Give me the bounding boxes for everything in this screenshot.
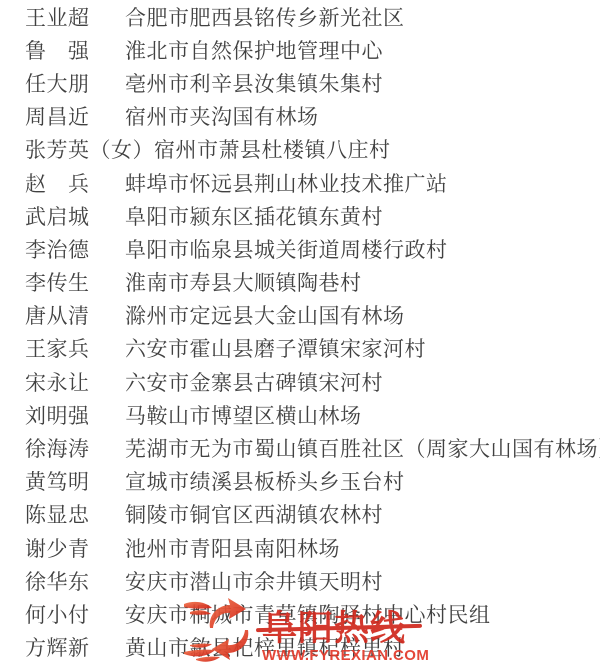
table-row: 李传生淮南市寿县大顺镇陶巷村 (0, 266, 600, 299)
person-affiliation: 蚌埠市怀远县荆山林业技术推广站 (125, 168, 448, 198)
person-name: 李治德 (25, 234, 125, 264)
table-row: 张芳英（女）宿州市萧县杜楼镇八庄村 (0, 133, 600, 166)
person-name: 武启城 (25, 201, 125, 231)
person-affiliation: 六安市霍山县磨子潭镇宋家河村 (125, 333, 426, 363)
person-affiliation: 淮南市寿县大顺镇陶巷村 (125, 267, 362, 297)
person-affiliation: 阜阳市临泉县城关街道周楼行政村 (125, 234, 448, 264)
person-affiliation: 马鞍山市博望区横山林场 (125, 400, 362, 430)
table-row: 谢少青池州市青阳县南阳林场 (0, 531, 600, 564)
table-row: 何小付安庆市桐城市青草镇陶驿村中心村民组 (0, 597, 600, 630)
person-name: 方辉新 (25, 632, 125, 662)
person-name: 周昌近 (25, 101, 125, 131)
table-row: 李治德阜阳市临泉县城关街道周楼行政村 (0, 232, 600, 265)
person-name: 任大朋 (25, 68, 125, 98)
table-row: 武启城阜阳市颍东区插花镇东黄村 (0, 199, 600, 232)
person-affiliation: 亳州市利辛县汝集镇朱集村 (125, 68, 383, 98)
person-affiliation: 黄山市歙县杞梓里镇杞梓里村 (125, 632, 405, 662)
table-row: 黄笃明宣城市绩溪县板桥头乡玉台村 (0, 465, 600, 498)
table-row: 周昌近宿州市夹沟国有林场 (0, 100, 600, 133)
person-name: 徐海涛 (25, 433, 125, 463)
person-affiliation: 滁州市定远县大金山国有林场 (125, 300, 405, 330)
person-affiliation: 安庆市桐城市青草镇陶驿村中心村民组 (125, 599, 491, 629)
table-row: 宋永让六安市金寨县古碑镇宋河村 (0, 365, 600, 398)
person-name: 谢少青 (25, 533, 125, 563)
table-row: 鲁 强淮北市自然保护地管理中心 (0, 33, 600, 66)
person-affiliation: 淮北市自然保护地管理中心 (125, 35, 383, 65)
table-row: 任大朋亳州市利辛县汝集镇朱集村 (0, 66, 600, 99)
person-name: 李传生 (25, 267, 125, 297)
person-name: 唐从清 (25, 300, 125, 330)
roster-page: 王业超合肥市肥西县铭传乡新光社区鲁 强淮北市自然保护地管理中心任大朋亳州市利辛县… (0, 0, 600, 664)
table-row: 刘明强马鞍山市博望区横山林场 (0, 398, 600, 431)
person-affiliation: 六安市金寨县古碑镇宋河村 (125, 367, 383, 397)
person-name: 黄笃明 (25, 466, 125, 496)
table-row: 徐华东安庆市潜山市余井镇天明村 (0, 564, 600, 597)
person-affiliation: 安庆市潜山市余井镇天明村 (125, 566, 383, 596)
person-name: 刘明强 (25, 400, 125, 430)
award-roster-list: 王业超合肥市肥西县铭传乡新光社区鲁 强淮北市自然保护地管理中心任大朋亳州市利辛县… (0, 0, 600, 664)
person-name: 陈显忠 (25, 499, 125, 529)
person-affiliation: 宿州市萧县杜楼镇八庄村 (154, 134, 391, 164)
person-affiliation: 池州市青阳县南阳林场 (125, 533, 340, 563)
person-name: 赵 兵 (25, 168, 125, 198)
person-name: 徐华东 (25, 566, 125, 596)
person-name: 张芳英（女） (25, 134, 154, 164)
person-affiliation: 阜阳市颍东区插花镇东黄村 (125, 201, 383, 231)
person-name: 何小付 (25, 599, 125, 629)
table-row: 王家兵六安市霍山县磨子潭镇宋家河村 (0, 332, 600, 365)
person-affiliation: 合肥市肥西县铭传乡新光社区 (125, 2, 405, 32)
table-row: 方辉新黄山市歙县杞梓里镇杞梓里村 (0, 631, 600, 664)
person-name: 王业超 (25, 2, 125, 32)
table-row: 陈显忠铜陵市铜官区西湖镇农林村 (0, 498, 600, 531)
table-row: 徐海涛芜湖市无为市蜀山镇百胜社区（周家大山国有林场） (0, 431, 600, 464)
person-affiliation: 宣城市绩溪县板桥头乡玉台村 (125, 466, 405, 496)
person-affiliation: 宿州市夹沟国有林场 (125, 101, 319, 131)
person-affiliation: 芜湖市无为市蜀山镇百胜社区（周家大山国有林场） (125, 433, 600, 463)
person-name: 宋永让 (25, 367, 125, 397)
table-row: 王业超合肥市肥西县铭传乡新光社区 (0, 0, 600, 33)
table-row: 赵 兵蚌埠市怀远县荆山林业技术推广站 (0, 166, 600, 199)
person-affiliation: 铜陵市铜官区西湖镇农林村 (125, 499, 383, 529)
table-row: 唐从清滁州市定远县大金山国有林场 (0, 299, 600, 332)
person-name: 王家兵 (25, 333, 125, 363)
person-name: 鲁 强 (25, 35, 125, 65)
